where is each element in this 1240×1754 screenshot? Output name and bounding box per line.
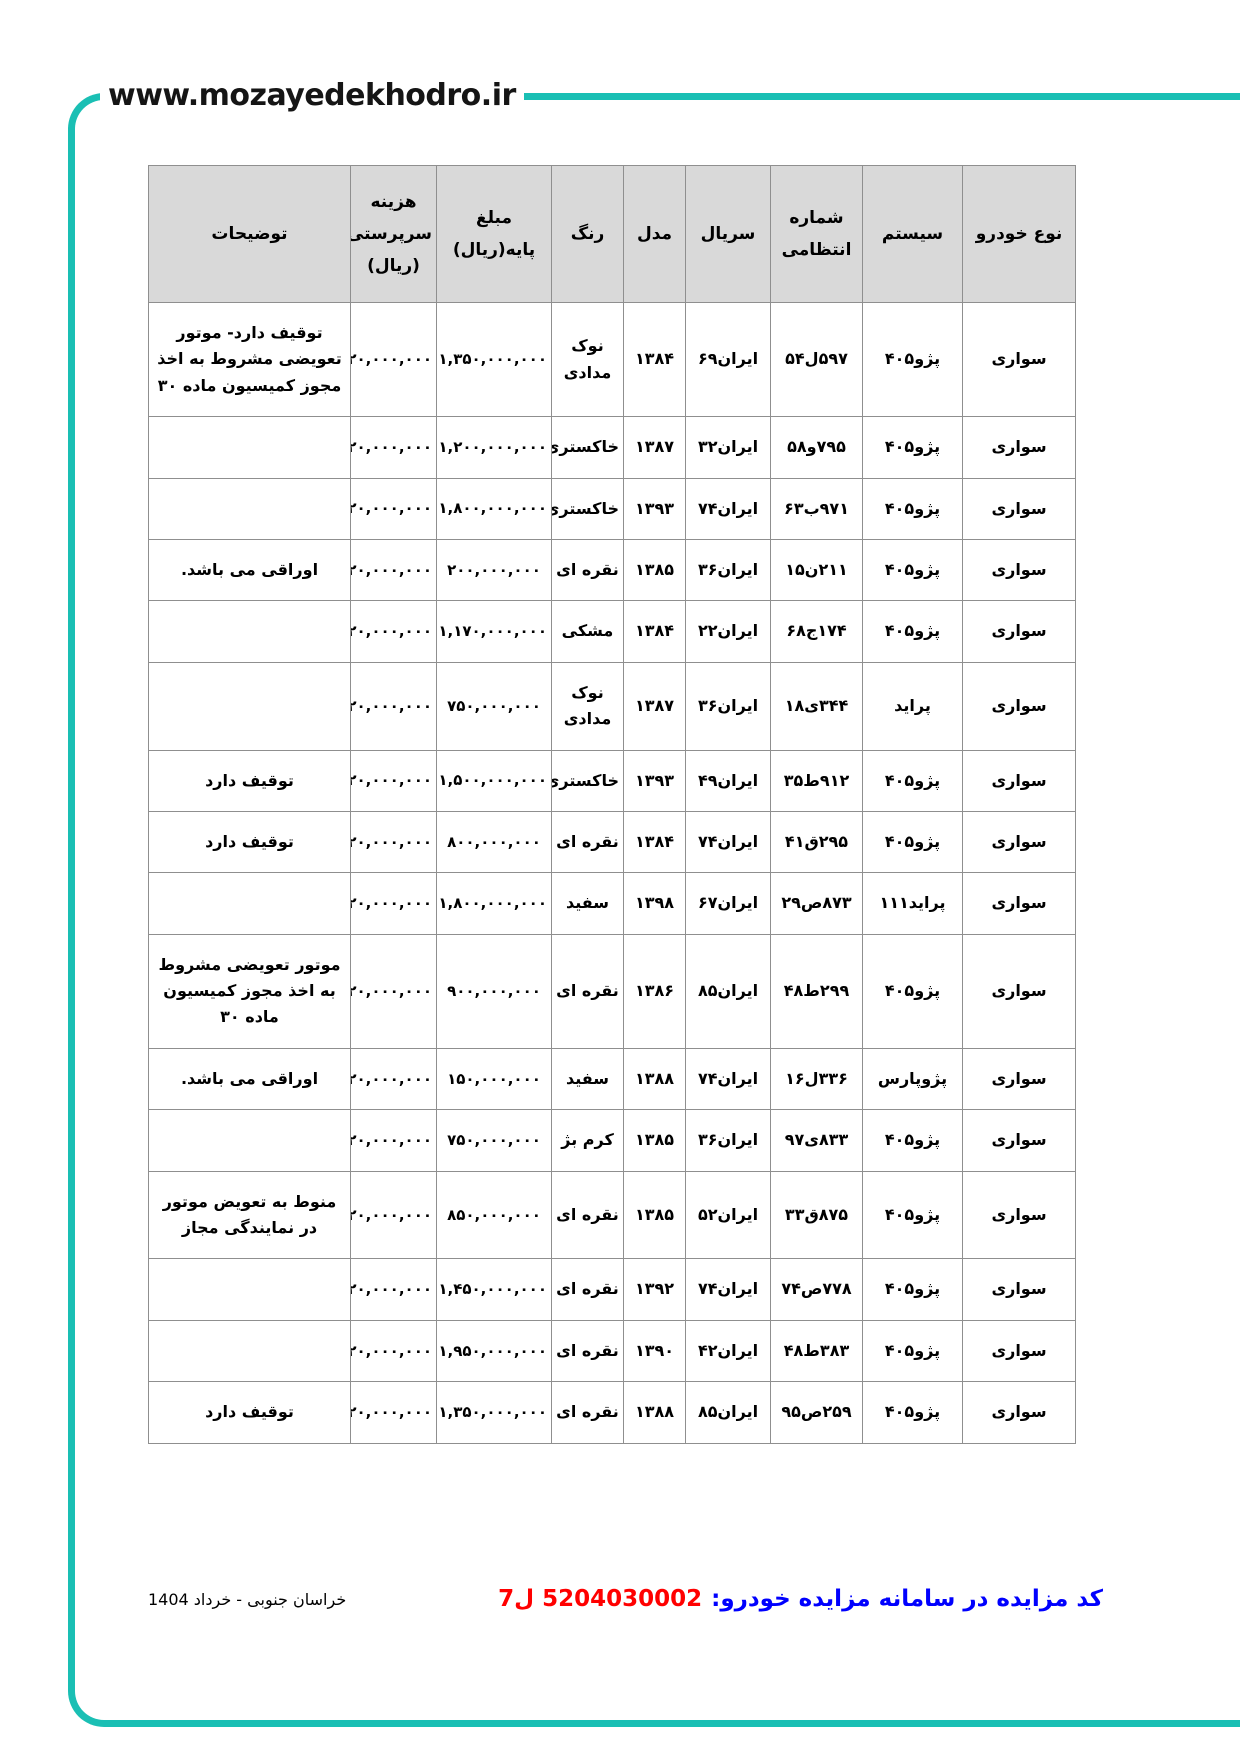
cell-serial: ایران۳۶	[686, 662, 771, 750]
cell-model_year: ۱۳۹۳	[624, 750, 686, 811]
table-row: سواریپژو۴۰۵۲۵۹ص۹۵ایران۸۵۱۳۸۸نقره ای۱,۳۵۰…	[149, 1382, 1076, 1443]
cell-model_year: ۱۳۸۵	[624, 1110, 686, 1171]
cell-base_price_rial: ۷۵۰,۰۰۰,۰۰۰	[437, 1110, 552, 1171]
cell-color: نقره ای	[552, 934, 624, 1048]
cell-system: پراید	[863, 662, 963, 750]
region-date-note: خراسان جنوبی - خرداد 1404	[148, 1590, 346, 1609]
cell-notes	[149, 601, 351, 662]
cell-base_price_rial: ۱,۹۵۰,۰۰۰,۰۰۰	[437, 1320, 552, 1381]
cell-system: پژو۴۰۵	[863, 417, 963, 478]
cell-notes	[149, 662, 351, 750]
column-header-supervision_fee_rial: هزینه سرپرستی (ریال)	[351, 166, 437, 303]
auction-table: نوع خودروسیستمشماره انتظامیسریالمدلرنگمب…	[148, 165, 1076, 1444]
cell-notes: توقیف دارد	[149, 811, 351, 872]
cell-notes: توقیف دارد	[149, 750, 351, 811]
cell-vehicle_type: سواری	[963, 478, 1076, 539]
cell-system: پراید۱۱۱	[863, 873, 963, 934]
cell-system: پژو۴۰۵	[863, 303, 963, 417]
cell-model_year: ۱۳۸۶	[624, 934, 686, 1048]
cell-plate_number: ۷۹۵و۵۸	[771, 417, 863, 478]
column-header-model_year: مدل	[624, 166, 686, 303]
cell-supervision_fee_rial: ۲۰,۰۰۰,۰۰۰	[351, 1382, 437, 1443]
cell-supervision_fee_rial: ۲۰,۰۰۰,۰۰۰	[351, 601, 437, 662]
cell-notes: موتور تعویضی مشروط به اخذ مجوز کمیسیون م…	[149, 934, 351, 1048]
table-row: سواریپژو۴۰۵۷۷۸ص۷۴ایران۷۴۱۳۹۲نقره ای۱,۴۵۰…	[149, 1259, 1076, 1320]
cell-serial: ایران۵۲	[686, 1171, 771, 1259]
cell-vehicle_type: سواری	[963, 1171, 1076, 1259]
cell-notes: اوراقی می باشد.	[149, 1048, 351, 1109]
cell-model_year: ۱۳۹۰	[624, 1320, 686, 1381]
column-header-system: سیستم	[863, 166, 963, 303]
cell-plate_number: ۱۷۴ج۶۸	[771, 601, 863, 662]
cell-supervision_fee_rial: ۲۰,۰۰۰,۰۰۰	[351, 1259, 437, 1320]
cell-base_price_rial: ۱,۵۰۰,۰۰۰,۰۰۰	[437, 750, 552, 811]
cell-plate_number: ۹۱۲ط۳۵	[771, 750, 863, 811]
column-header-plate_number: شماره انتظامی	[771, 166, 863, 303]
cell-plate_number: ۳۸۳ط۴۸	[771, 1320, 863, 1381]
cell-color: نقره ای	[552, 1259, 624, 1320]
cell-vehicle_type: سواری	[963, 662, 1076, 750]
cell-color: نقره ای	[552, 811, 624, 872]
cell-notes	[149, 1259, 351, 1320]
cell-vehicle_type: سواری	[963, 539, 1076, 600]
cell-supervision_fee_rial: ۲۰,۰۰۰,۰۰۰	[351, 1048, 437, 1109]
cell-notes: توقیف دارد- موتور تعویضی مشروط به اخذ مج…	[149, 303, 351, 417]
cell-base_price_rial: ۲۰۰,۰۰۰,۰۰۰	[437, 539, 552, 600]
cell-system: پژو۴۰۵	[863, 601, 963, 662]
auction-code-value: 5204030002 ل7	[498, 1586, 702, 1612]
cell-base_price_rial: ۱,۱۷۰,۰۰۰,۰۰۰	[437, 601, 552, 662]
cell-system: پژو۴۰۵	[863, 478, 963, 539]
cell-notes	[149, 1110, 351, 1171]
cell-serial: ایران۴۹	[686, 750, 771, 811]
cell-system: پژو۴۰۵	[863, 1171, 963, 1259]
cell-plate_number: ۵۹۷ل۵۴	[771, 303, 863, 417]
column-header-notes: توضیحات	[149, 166, 351, 303]
cell-plate_number: ۲۵۹ص۹۵	[771, 1382, 863, 1443]
cell-plate_number: ۲۹۵ق۴۱	[771, 811, 863, 872]
cell-model_year: ۱۳۸۸	[624, 1048, 686, 1109]
cell-supervision_fee_rial: ۲۰,۰۰۰,۰۰۰	[351, 811, 437, 872]
cell-color: نوک مدادی	[552, 662, 624, 750]
table-row: سواریپژو۴۰۵۱۷۴ج۶۸ایران۲۲۱۳۸۴مشکی۱,۱۷۰,۰۰…	[149, 601, 1076, 662]
table-row: سواریپژو۴۰۵۲۹۵ق۴۱ایران۷۴۱۳۸۴نقره ای۸۰۰,۰…	[149, 811, 1076, 872]
site-url: www.mozayedekhodro.ir	[100, 74, 524, 118]
table-row: سواریپژو۴۰۵۹۱۲ط۳۵ایران۴۹۱۳۹۳خاکستری۱,۵۰۰…	[149, 750, 1076, 811]
cell-serial: ایران۷۴	[686, 811, 771, 872]
table-row: سواریپژو۴۰۵۸۷۵ق۳۳ایران۵۲۱۳۸۵نقره ای۸۵۰,۰…	[149, 1171, 1076, 1259]
cell-system: پژو۴۰۵	[863, 1382, 963, 1443]
table-row: سواریپژوپارس۳۳۶ل۱۶ایران۷۴۱۳۸۸سفید۱۵۰,۰۰۰…	[149, 1048, 1076, 1109]
cell-vehicle_type: سواری	[963, 1048, 1076, 1109]
cell-plate_number: ۹۷۱ب۶۳	[771, 478, 863, 539]
cell-vehicle_type: سواری	[963, 417, 1076, 478]
cell-plate_number: ۸۳۳ی۹۷	[771, 1110, 863, 1171]
cell-base_price_rial: ۱,۳۵۰,۰۰۰,۰۰۰	[437, 303, 552, 417]
cell-supervision_fee_rial: ۲۰,۰۰۰,۰۰۰	[351, 1171, 437, 1259]
cell-serial: ایران۶۹	[686, 303, 771, 417]
cell-supervision_fee_rial: ۲۰,۰۰۰,۰۰۰	[351, 934, 437, 1048]
cell-system: پژوپارس	[863, 1048, 963, 1109]
cell-base_price_rial: ۸۰۰,۰۰۰,۰۰۰	[437, 811, 552, 872]
table-row: سواریپراید۱۱۱۸۷۳ص۲۹ایران۶۷۱۳۹۸سفید۱,۸۰۰,…	[149, 873, 1076, 934]
cell-serial: ایران۸۵	[686, 1382, 771, 1443]
cell-serial: ایران۷۴	[686, 1259, 771, 1320]
cell-color: سفید	[552, 1048, 624, 1109]
cell-vehicle_type: سواری	[963, 1382, 1076, 1443]
cell-vehicle_type: سواری	[963, 1320, 1076, 1381]
table-row: سواریپژو۴۰۵۲۹۹ط۴۸ایران۸۵۱۳۸۶نقره ای۹۰۰,۰…	[149, 934, 1076, 1048]
cell-vehicle_type: سواری	[963, 873, 1076, 934]
cell-vehicle_type: سواری	[963, 811, 1076, 872]
table-row: سواریپژو۴۰۵۲۱۱ن۱۵ایران۳۶۱۳۸۵نقره ای۲۰۰,۰…	[149, 539, 1076, 600]
cell-notes	[149, 1320, 351, 1381]
cell-supervision_fee_rial: ۲۰,۰۰۰,۰۰۰	[351, 539, 437, 600]
page: www.mozayedekhodro.ir نوع خودروسیستمشمار…	[0, 0, 1240, 1754]
auction-code-label: کد مزایده در سامانه مزایده خودرو:	[711, 1586, 1103, 1612]
cell-base_price_rial: ۷۵۰,۰۰۰,۰۰۰	[437, 662, 552, 750]
cell-system: پژو۴۰۵	[863, 1259, 963, 1320]
cell-color: خاکستری	[552, 478, 624, 539]
cell-vehicle_type: سواری	[963, 934, 1076, 1048]
cell-system: پژو۴۰۵	[863, 811, 963, 872]
cell-notes: توقیف دارد	[149, 1382, 351, 1443]
cell-base_price_rial: ۱۵۰,۰۰۰,۰۰۰	[437, 1048, 552, 1109]
cell-model_year: ۱۳۹۲	[624, 1259, 686, 1320]
footer: کد مزایده در سامانه مزایده خودرو: 520403…	[148, 1586, 1103, 1612]
cell-serial: ایران۸۵	[686, 934, 771, 1048]
cell-plate_number: ۳۳۶ل۱۶	[771, 1048, 863, 1109]
cell-base_price_rial: ۹۰۰,۰۰۰,۰۰۰	[437, 934, 552, 1048]
auction-code-line: کد مزایده در سامانه مزایده خودرو: 520403…	[498, 1586, 1103, 1612]
cell-color: مشکی	[552, 601, 624, 662]
cell-supervision_fee_rial: ۲۰,۰۰۰,۰۰۰	[351, 303, 437, 417]
cell-color: نقره ای	[552, 539, 624, 600]
table-header: نوع خودروسیستمشماره انتظامیسریالمدلرنگمب…	[149, 166, 1076, 303]
column-header-base_price_rial: مبلغ پایه(ریال)	[437, 166, 552, 303]
cell-color: خاکستری	[552, 417, 624, 478]
cell-color: نوک مدادی	[552, 303, 624, 417]
cell-supervision_fee_rial: ۲۰,۰۰۰,۰۰۰	[351, 750, 437, 811]
cell-system: پژو۴۰۵	[863, 539, 963, 600]
table-row: سواریپراید۳۴۴ی۱۸ایران۳۶۱۳۸۷نوک مدادی۷۵۰,…	[149, 662, 1076, 750]
cell-base_price_rial: ۱,۲۰۰,۰۰۰,۰۰۰	[437, 417, 552, 478]
cell-color: نقره ای	[552, 1382, 624, 1443]
cell-model_year: ۱۳۸۴	[624, 811, 686, 872]
cell-supervision_fee_rial: ۲۰,۰۰۰,۰۰۰	[351, 417, 437, 478]
cell-supervision_fee_rial: ۲۰,۰۰۰,۰۰۰	[351, 1110, 437, 1171]
cell-plate_number: ۲۹۹ط۴۸	[771, 934, 863, 1048]
cell-serial: ایران۳۲	[686, 417, 771, 478]
cell-model_year: ۱۳۸۴	[624, 601, 686, 662]
column-header-vehicle_type: نوع خودرو	[963, 166, 1076, 303]
cell-supervision_fee_rial: ۲۰,۰۰۰,۰۰۰	[351, 662, 437, 750]
cell-notes	[149, 478, 351, 539]
cell-supervision_fee_rial: ۲۰,۰۰۰,۰۰۰	[351, 1320, 437, 1381]
cell-color: خاکستری	[552, 750, 624, 811]
cell-system: پژو۴۰۵	[863, 934, 963, 1048]
cell-model_year: ۱۳۸۵	[624, 539, 686, 600]
cell-vehicle_type: سواری	[963, 1259, 1076, 1320]
cell-vehicle_type: سواری	[963, 750, 1076, 811]
cell-model_year: ۱۳۸۷	[624, 662, 686, 750]
cell-base_price_rial: ۱,۸۰۰,۰۰۰,۰۰۰	[437, 478, 552, 539]
column-header-color: رنگ	[552, 166, 624, 303]
table-body: سواریپژو۴۰۵۵۹۷ل۵۴ایران۶۹۱۳۸۴نوک مدادی۱,۳…	[149, 303, 1076, 1444]
cell-serial: ایران۳۶	[686, 1110, 771, 1171]
cell-model_year: ۱۳۸۸	[624, 1382, 686, 1443]
cell-base_price_rial: ۱,۳۵۰,۰۰۰,۰۰۰	[437, 1382, 552, 1443]
cell-notes: اوراقی می باشد.	[149, 539, 351, 600]
table-row: سواریپژو۴۰۵۹۷۱ب۶۳ایران۷۴۱۳۹۳خاکستری۱,۸۰۰…	[149, 478, 1076, 539]
cell-color: نقره ای	[552, 1320, 624, 1381]
cell-model_year: ۱۳۸۴	[624, 303, 686, 417]
table-row: سواریپژو۴۰۵۷۹۵و۵۸ایران۳۲۱۳۸۷خاکستری۱,۲۰۰…	[149, 417, 1076, 478]
cell-plate_number: ۸۷۵ق۳۳	[771, 1171, 863, 1259]
cell-system: پژو۴۰۵	[863, 1110, 963, 1171]
cell-color: سفید	[552, 873, 624, 934]
cell-color: کرم بژ	[552, 1110, 624, 1171]
cell-notes	[149, 417, 351, 478]
cell-vehicle_type: سواری	[963, 1110, 1076, 1171]
cell-plate_number: ۸۷۳ص۲۹	[771, 873, 863, 934]
column-header-serial: سریال	[686, 166, 771, 303]
cell-base_price_rial: ۱,۸۰۰,۰۰۰,۰۰۰	[437, 873, 552, 934]
cell-plate_number: ۷۷۸ص۷۴	[771, 1259, 863, 1320]
cell-vehicle_type: سواری	[963, 601, 1076, 662]
cell-notes: منوط به تعویض موتور در نمایندگی مجاز	[149, 1171, 351, 1259]
table-row: سواریپژو۴۰۵۳۸۳ط۴۸ایران۴۲۱۳۹۰نقره ای۱,۹۵۰…	[149, 1320, 1076, 1381]
cell-notes	[149, 873, 351, 934]
cell-serial: ایران۴۲	[686, 1320, 771, 1381]
cell-plate_number: ۲۱۱ن۱۵	[771, 539, 863, 600]
cell-serial: ایران۶۷	[686, 873, 771, 934]
cell-system: پژو۴۰۵	[863, 750, 963, 811]
cell-supervision_fee_rial: ۲۰,۰۰۰,۰۰۰	[351, 873, 437, 934]
cell-model_year: ۱۳۹۸	[624, 873, 686, 934]
cell-base_price_rial: ۱,۴۵۰,۰۰۰,۰۰۰	[437, 1259, 552, 1320]
table-row: سواریپژو۴۰۵۵۹۷ل۵۴ایران۶۹۱۳۸۴نوک مدادی۱,۳…	[149, 303, 1076, 417]
cell-supervision_fee_rial: ۲۰,۰۰۰,۰۰۰	[351, 478, 437, 539]
cell-model_year: ۱۳۸۷	[624, 417, 686, 478]
cell-serial: ایران۳۶	[686, 539, 771, 600]
table-header-row: نوع خودروسیستمشماره انتظامیسریالمدلرنگمب…	[149, 166, 1076, 303]
cell-plate_number: ۳۴۴ی۱۸	[771, 662, 863, 750]
table-row: سواریپژو۴۰۵۸۳۳ی۹۷ایران۳۶۱۳۸۵کرم بژ۷۵۰,۰۰…	[149, 1110, 1076, 1171]
cell-vehicle_type: سواری	[963, 303, 1076, 417]
cell-serial: ایران۷۴	[686, 478, 771, 539]
cell-color: نقره ای	[552, 1171, 624, 1259]
cell-serial: ایران۷۴	[686, 1048, 771, 1109]
cell-model_year: ۱۳۹۳	[624, 478, 686, 539]
cell-base_price_rial: ۸۵۰,۰۰۰,۰۰۰	[437, 1171, 552, 1259]
cell-system: پژو۴۰۵	[863, 1320, 963, 1381]
cell-model_year: ۱۳۸۵	[624, 1171, 686, 1259]
cell-serial: ایران۲۲	[686, 601, 771, 662]
